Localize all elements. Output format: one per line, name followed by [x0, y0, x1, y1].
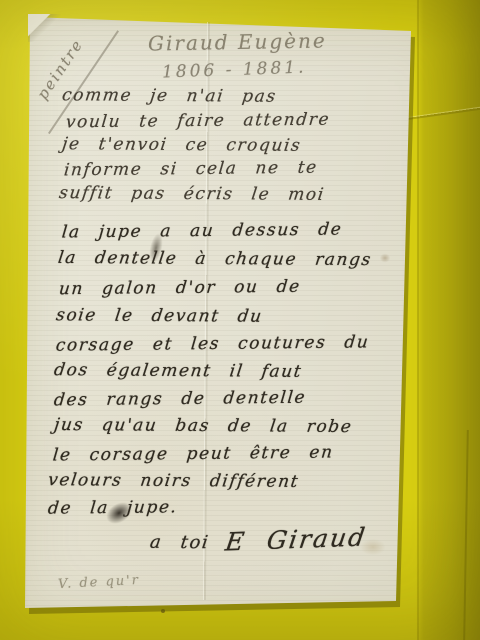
- letter-line: velours noirs différent: [47, 472, 300, 491]
- letter-closing: a toi: [149, 534, 211, 552]
- letter-line: informe si cela ne te: [63, 160, 319, 180]
- paper-corner-fold: [28, 14, 62, 42]
- letter-line: dos également il faut: [53, 362, 303, 381]
- letter-line: des rangs de dentelle: [53, 390, 307, 410]
- letter-signature: E Giraud: [224, 525, 368, 555]
- letter-line: de la jupe.: [47, 499, 178, 517]
- photo-of-letter: peintre Giraud Eugène 1806 - 1881. V. de…: [0, 0, 480, 640]
- letter-line: jus qu'au bas de la robe: [53, 417, 353, 436]
- pencil-header-dates: 1806 - 1881.: [162, 59, 307, 81]
- pencil-header-name: Giraud Eugène: [148, 30, 327, 53]
- backing-fold-line: [417, 0, 419, 640]
- letter-line: voulu te faire attendre: [65, 112, 331, 132]
- letter-line: corsage et les coutures du: [55, 334, 370, 354]
- letter-line: le corsage peut être en: [52, 445, 334, 465]
- letter-line: comme je n'ai pas: [61, 87, 278, 105]
- letter-line: la jupe a au dessus de: [61, 222, 343, 242]
- letter-line: la dentelle à chaque rangs: [57, 250, 373, 269]
- letter-line: soie le devant du: [55, 307, 264, 325]
- backing-dark-band: [416, 0, 480, 640]
- letter-line: je t'envoi ce croquis: [61, 136, 302, 155]
- letter-line: un galon d'or ou de: [58, 279, 301, 299]
- foxing-stain: [378, 252, 392, 264]
- letter-line: suffit pas écris le moi: [58, 185, 326, 204]
